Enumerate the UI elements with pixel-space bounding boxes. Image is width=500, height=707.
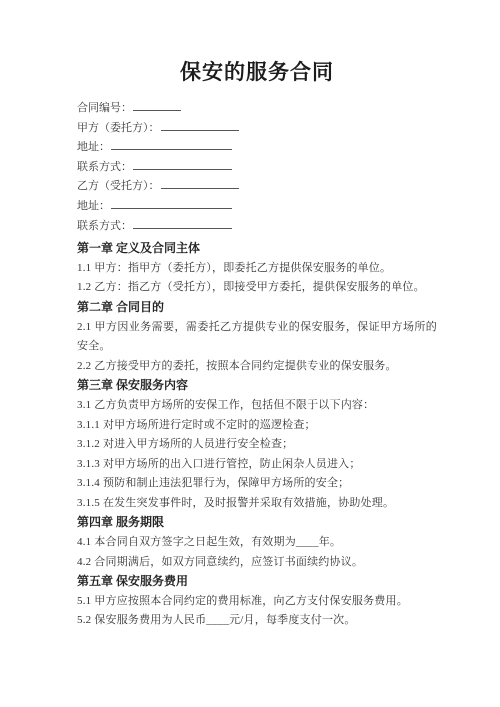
clause-paragraph: 3.1.3 对甲方场所的出入口进行管控，防止闲杂人员进入； (77, 455, 437, 475)
chapter-heading: 第五章 保安服务费用 (77, 572, 437, 592)
field-blank-line (111, 138, 232, 150)
clause-paragraph: 3.1.2 对进入甲方场所的人员进行安全检查； (77, 435, 437, 455)
clause-paragraph: 5.1 甲方应按照本合同约定的费用标准，向乙方支付保安服务费用。 (77, 592, 437, 612)
party-info-fields: 合同编号： 甲方（委托方）： 地址： 联系方式： 乙方（受托方）： 地址： 联系… (77, 99, 437, 236)
chapter-heading: 第三章 保安服务内容 (77, 376, 437, 396)
chapter-4-service-term: 第四章 服务期限 4.1 本合同自双方签字之日起生效，有效期为____年。 4.… (77, 513, 437, 572)
chapter-1-definitions: 第一章 定义及合同主体 1.1 甲方：指甲方（委托方），即委托乙方提供保安服务的… (77, 239, 437, 298)
field-blank-line (111, 197, 232, 209)
field-blank-line (161, 119, 239, 131)
field-row-party-a: 甲方（委托方）： (77, 119, 437, 139)
chapter-heading: 第四章 服务期限 (77, 513, 437, 533)
field-row-contract-number: 合同编号： (77, 99, 437, 119)
field-label: 联系方式： (77, 220, 132, 232)
clause-paragraph: 4.1 本合同自双方签字之日起生效，有效期为____年。 (77, 533, 437, 553)
field-row-party-a-address: 地址： (77, 138, 437, 158)
field-blank-line (133, 217, 232, 229)
clause-paragraph: 3.1.1 对甲方场所进行定时或不定时的巡逻检查； (77, 416, 437, 436)
field-label: 合同编号： (77, 102, 132, 114)
field-blank-line (133, 99, 181, 111)
clause-paragraph: 3.1.4 预防和制止违法犯罪行为，保障甲方场所的安全； (77, 474, 437, 494)
chapter-5-service-fees: 第五章 保安服务费用 5.1 甲方应按照本合同约定的费用标准，向乙方支付保安服务… (77, 572, 437, 631)
contract-page: 保安的服务合同 合同编号： 甲方（委托方）： 地址： 联系方式： 乙方（受托方）… (0, 0, 500, 707)
field-label: 地址： (77, 200, 110, 212)
field-row-party-b: 乙方（受托方）： (77, 177, 437, 197)
field-row-party-b-address: 地址： (77, 197, 437, 217)
chapter-heading: 第二章 合同目的 (77, 298, 437, 318)
field-label: 联系方式： (77, 161, 132, 173)
contract-body: 第一章 定义及合同主体 1.1 甲方：指甲方（委托方），即委托乙方提供保安服务的… (77, 239, 437, 631)
chapter-heading: 第一章 定义及合同主体 (77, 239, 437, 259)
clause-paragraph: 3.1 乙方负责甲方场所的安保工作，包括但不限于以下内容： (77, 396, 437, 416)
clause-paragraph: 5.2 保安服务费用为人民币____元/月，每季度支付一次。 (77, 611, 437, 631)
clause-paragraph: 1.2 乙方：指乙方（受托方），即接受甲方委托，提供保安服务的单位。 (77, 278, 437, 298)
clause-paragraph: 1.1 甲方：指甲方（委托方），即委托乙方提供保安服务的单位。 (77, 259, 437, 279)
field-row-party-b-contact: 联系方式： (77, 217, 437, 237)
field-row-party-a-contact: 联系方式： (77, 158, 437, 178)
chapter-3-service-content: 第三章 保安服务内容 3.1 乙方负责甲方场所的安保工作，包括但不限于以下内容：… (77, 376, 437, 513)
field-label: 甲方（委托方）： (77, 122, 160, 134)
field-label: 地址： (77, 141, 110, 153)
clause-paragraph: 2.1 甲方因业务需要，需委托乙方提供专业的保安服务，保证甲方场所的安全。 (77, 318, 437, 357)
clause-paragraph: 4.2 合同期满后，如双方同意续约，应签订书面续约协议。 (77, 553, 437, 573)
chapter-2-purpose: 第二章 合同目的 2.1 甲方因业务需要，需委托乙方提供专业的保安服务，保证甲方… (77, 298, 437, 376)
field-blank-line (161, 177, 239, 189)
doc-title: 保安的服务合同 (77, 61, 437, 83)
clause-paragraph: 2.2 乙方接受甲方的委托，按照本合同约定提供专业的保安服务。 (77, 357, 437, 377)
clause-paragraph: 3.1.5 在发生突发事件时，及时报警并采取有效措施，协助处理。 (77, 494, 437, 514)
field-blank-line (133, 158, 232, 170)
field-label: 乙方（受托方）： (77, 180, 160, 192)
